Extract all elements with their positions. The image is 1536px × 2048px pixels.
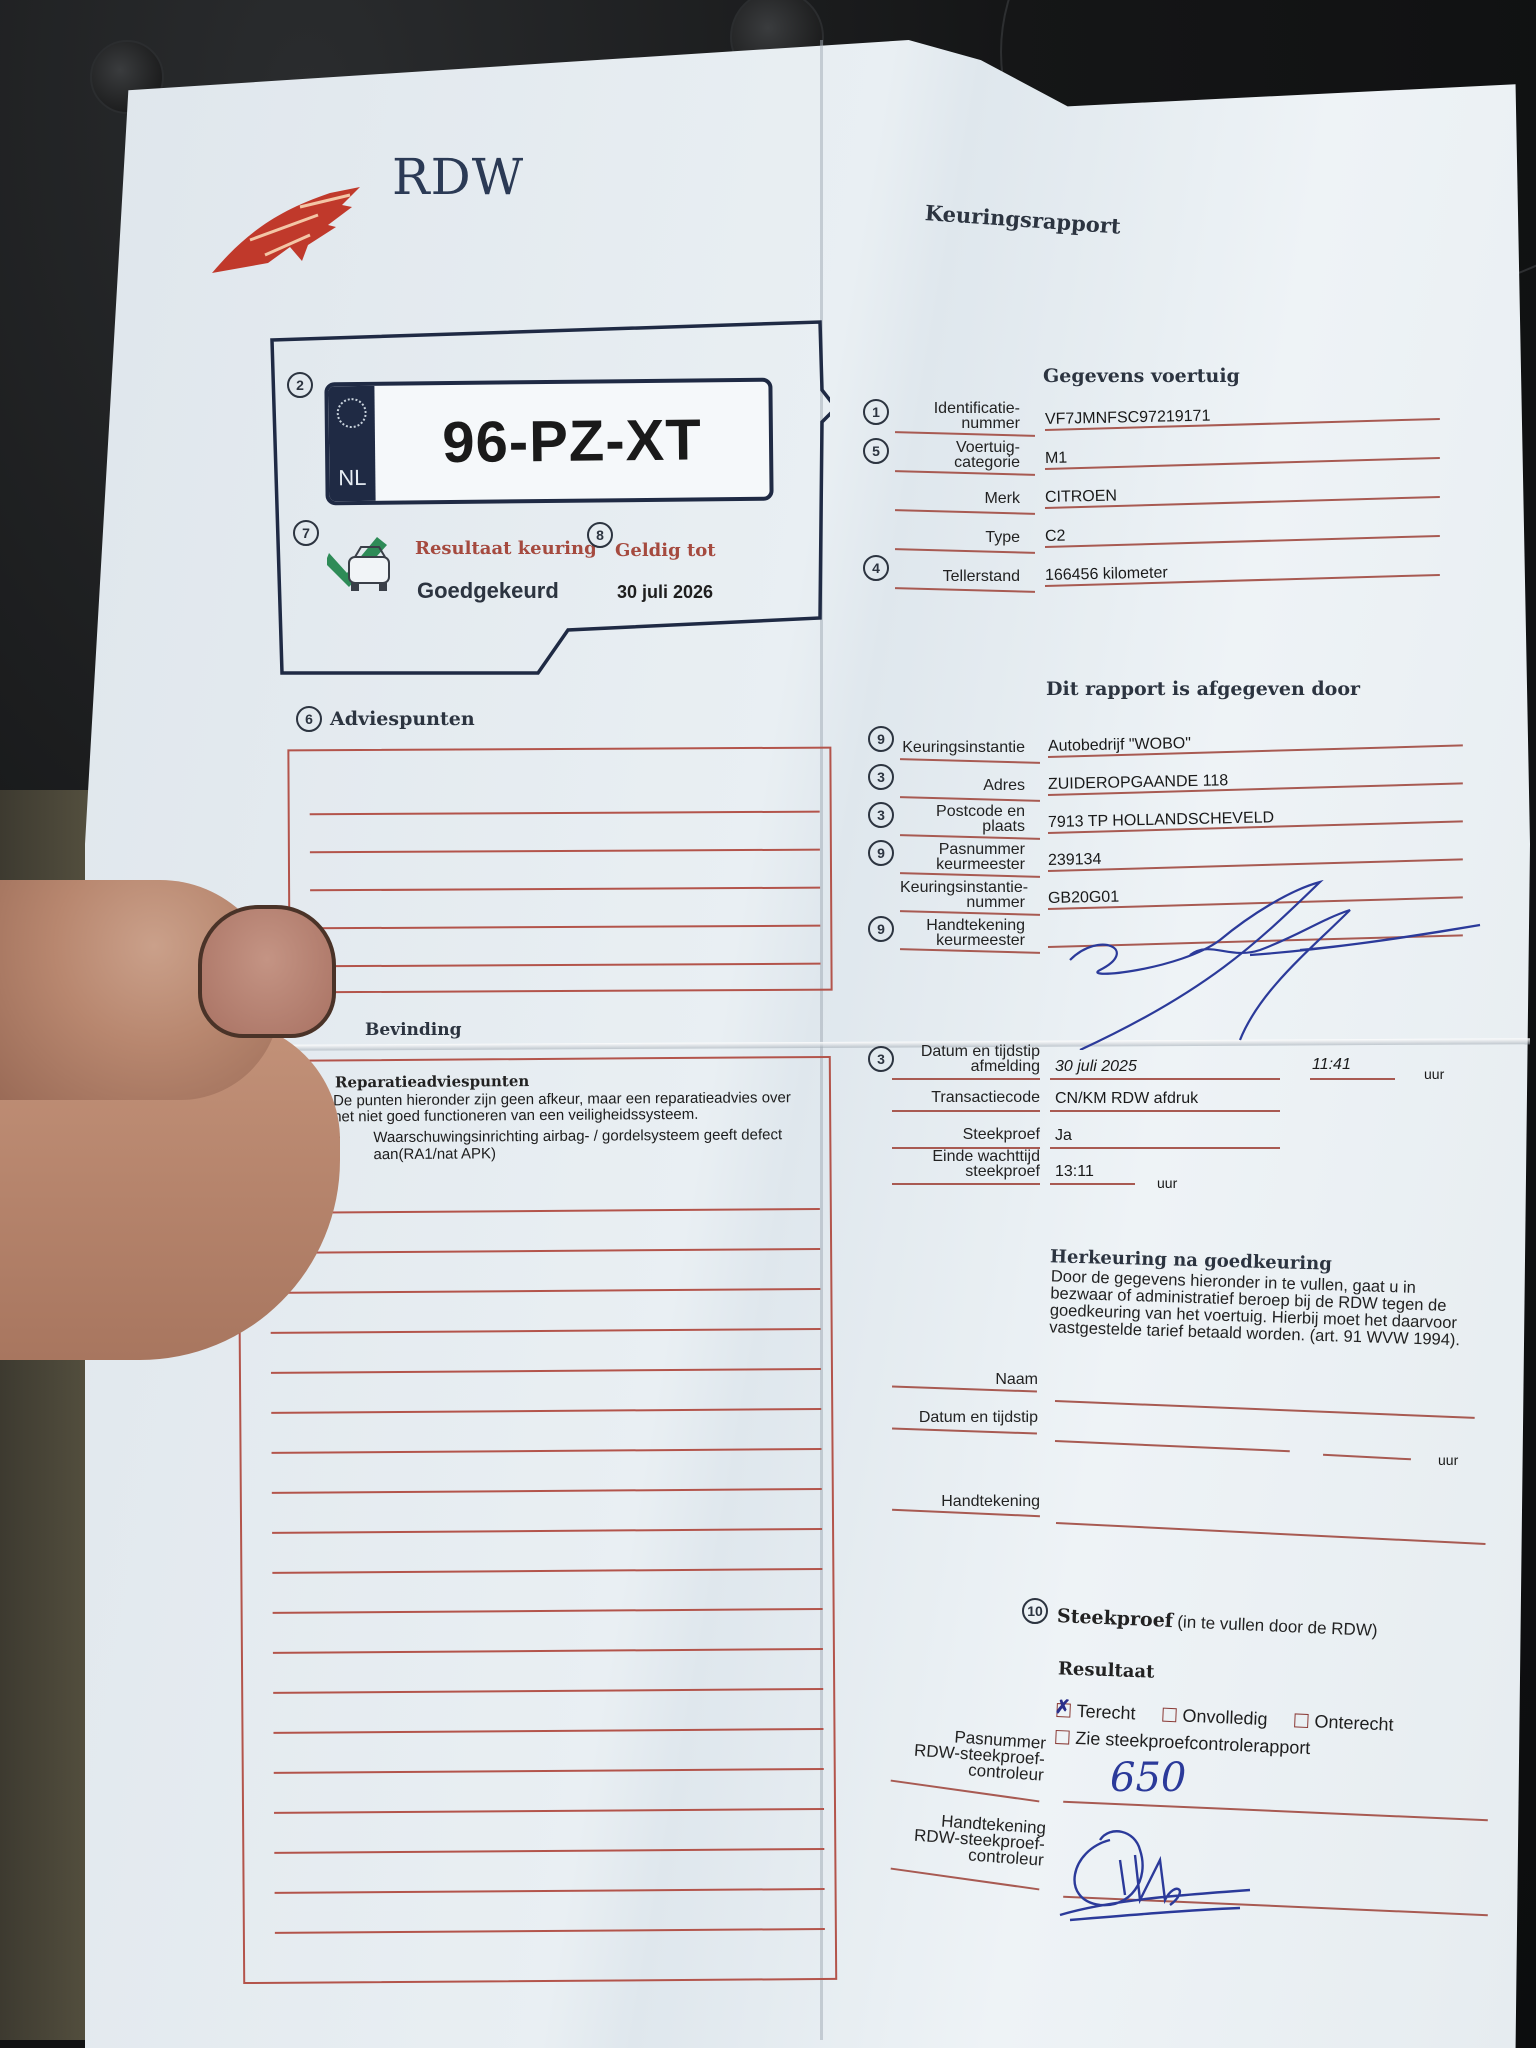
datetime-label: Datum en tijdstip bbox=[880, 1410, 1038, 1425]
time-value: 11:41 bbox=[1312, 1056, 1351, 1074]
license-plate-number: 96-PZ-XT bbox=[374, 382, 769, 501]
signature-label: Handtekening bbox=[880, 1494, 1040, 1509]
field-value: 30 juli 2025 bbox=[1055, 1058, 1137, 1076]
name-label: Naam bbox=[900, 1372, 1038, 1387]
option-terecht[interactable]: Terecht bbox=[1056, 1700, 1136, 1723]
label-underline bbox=[892, 1183, 1040, 1185]
time-underline bbox=[1310, 1078, 1395, 1080]
issuer-section-title: Dit rapport is afgegeven door bbox=[1046, 678, 1360, 700]
finding-subtitle: Reparatieadviespunten bbox=[335, 1072, 529, 1091]
value-underline bbox=[1050, 1110, 1280, 1112]
field-marker: 5 bbox=[863, 438, 889, 464]
approved-car-check-icon bbox=[327, 535, 397, 595]
valid-until-value: 30 juli 2026 bbox=[617, 582, 713, 603]
marker-plate: 2 bbox=[287, 372, 313, 398]
time-unit: uur bbox=[1424, 1066, 1444, 1082]
field-marker: 4 bbox=[863, 555, 889, 581]
result-label: Resultaat keuring bbox=[415, 538, 597, 559]
plate-country-code: NL bbox=[338, 465, 366, 491]
value-underline bbox=[1050, 1078, 1280, 1080]
checkbox-icon[interactable] bbox=[1294, 1713, 1309, 1728]
field-label: Datum en tijdstip afmelding bbox=[890, 1044, 1040, 1074]
value-underline bbox=[1050, 1183, 1135, 1185]
field-label: Keuringsinstantie bbox=[900, 740, 1025, 755]
checkbox-icon[interactable] bbox=[1055, 1730, 1070, 1745]
field-value: CN/KM RDW afdruk bbox=[1055, 1090, 1198, 1108]
value-underline bbox=[1050, 1147, 1280, 1149]
field-marker: 9 bbox=[868, 726, 894, 752]
time-unit: uur bbox=[1438, 1452, 1458, 1468]
field-marker: 1 bbox=[863, 399, 889, 425]
field-value: C2 bbox=[1045, 528, 1066, 546]
sample-controller-signature bbox=[1050, 1820, 1300, 1930]
option-onvolledig[interactable]: Onvolledig bbox=[1162, 1705, 1268, 1730]
license-plate: NL 96-PZ-XT bbox=[324, 378, 773, 506]
field-label: Tellerstand bbox=[895, 569, 1020, 584]
field-marker: 3 bbox=[868, 764, 894, 790]
field-label: Keuringsinstantie- nummer bbox=[900, 880, 1025, 910]
marker-valid: 8 bbox=[587, 522, 613, 548]
vehicle-section-title: Gegevens voertuig bbox=[1043, 365, 1240, 387]
field-value: 13:11 bbox=[1055, 1163, 1094, 1181]
finding-intro: De punten hieronder zijn geen afkeur, ma… bbox=[333, 1090, 813, 1125]
advice-box bbox=[287, 747, 832, 994]
checkbox-checked-icon[interactable] bbox=[1056, 1703, 1071, 1718]
valid-until-label: Geldig tot bbox=[615, 540, 716, 561]
field-label: Einde wachttijd steekproef bbox=[890, 1149, 1040, 1179]
marker-sample: 10 bbox=[1022, 1598, 1048, 1624]
field-label: Type bbox=[895, 530, 1020, 545]
field-label: Merk bbox=[895, 491, 1020, 506]
field-value: M1 bbox=[1045, 450, 1068, 468]
field-marker: 9 bbox=[868, 916, 894, 942]
field-value: CITROEN bbox=[1045, 487, 1117, 507]
option-onterecht[interactable]: Onterecht bbox=[1294, 1710, 1394, 1734]
sample-result-title: Resultaat bbox=[1058, 1658, 1155, 1682]
marker-advice: 6 bbox=[296, 706, 322, 732]
inspector-signature bbox=[1060, 880, 1490, 1050]
field-label: Adres bbox=[900, 778, 1025, 793]
eu-stars-icon bbox=[337, 398, 367, 428]
brand-name: RDW bbox=[392, 148, 524, 206]
result-value: Goedgekeurd bbox=[417, 578, 559, 604]
eu-band: NL bbox=[328, 386, 375, 501]
thumbnail bbox=[198, 905, 336, 1038]
label-underline bbox=[892, 1110, 1040, 1112]
finding-title: Bevinding bbox=[365, 1020, 461, 1040]
field-marker: 3 bbox=[868, 802, 894, 828]
field-label: Postcode en plaats bbox=[900, 804, 1025, 834]
field-label: Pasnummer keurmeester bbox=[900, 842, 1025, 872]
field-label: Transactiecode bbox=[890, 1090, 1040, 1105]
checkbox-icon[interactable] bbox=[1162, 1708, 1177, 1723]
field-value: Ja bbox=[1055, 1127, 1072, 1145]
rdw-feather-logo-icon bbox=[210, 185, 370, 275]
field-value: 239134 bbox=[1048, 851, 1102, 870]
advice-title: Adviespunten bbox=[330, 708, 475, 730]
finding-item-text: Waarschuwingsinrichting airbag- / gordel… bbox=[335, 1126, 805, 1163]
field-label: Steekproef bbox=[890, 1127, 1040, 1142]
marker-result: 7 bbox=[293, 520, 319, 546]
finding-item: • Waarschuwingsinrichting airbag- / gord… bbox=[335, 1126, 805, 1163]
label-underline bbox=[892, 1078, 1040, 1080]
field-marker: 9 bbox=[868, 840, 894, 866]
field-label: Identificatie- nummer bbox=[895, 401, 1020, 431]
field-label: Voertuig- categorie bbox=[895, 440, 1020, 470]
reinspection-text: Door de gegevens hieronder in te vullen,… bbox=[1049, 1268, 1471, 1349]
sample-pass-value-handwritten: 650 bbox=[1110, 1755, 1186, 1801]
wait-unit: uur bbox=[1157, 1175, 1177, 1191]
field-label: Handtekening keurmeester bbox=[900, 918, 1025, 948]
